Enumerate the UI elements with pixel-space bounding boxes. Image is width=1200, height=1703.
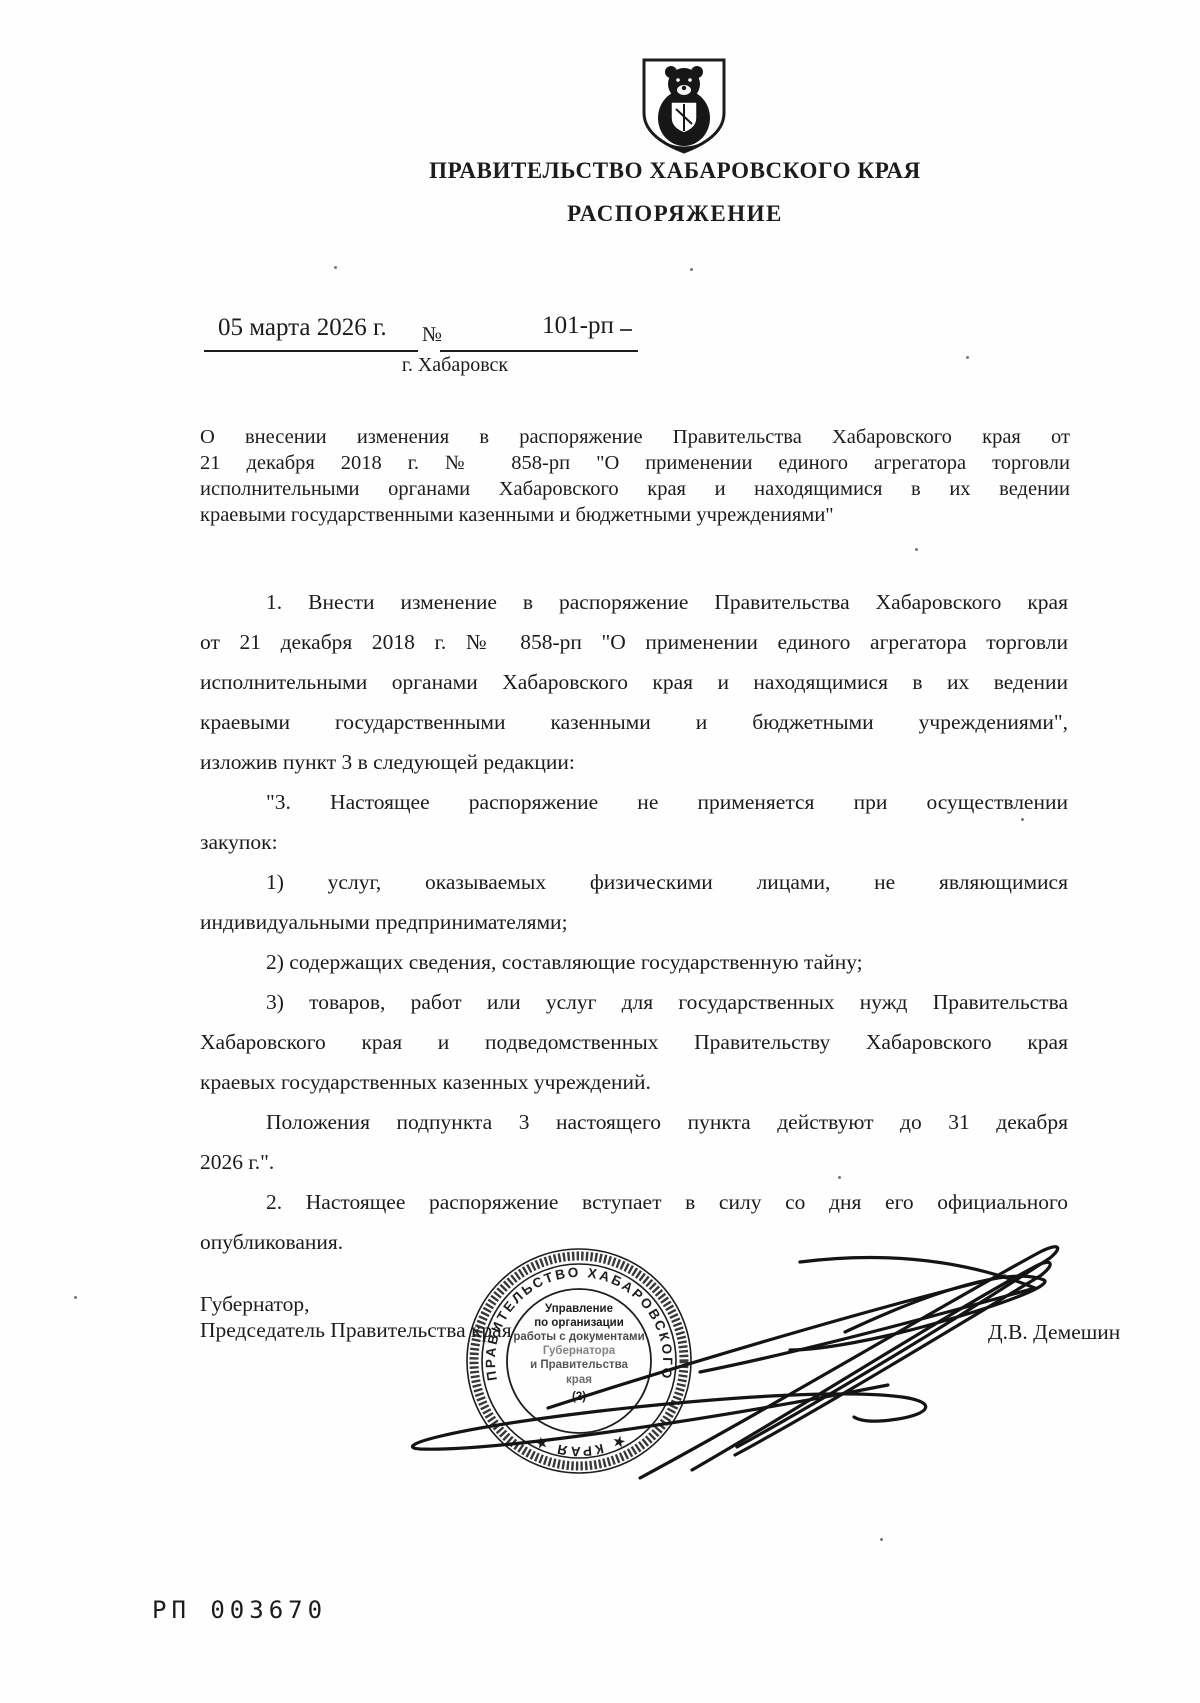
doc-number: 101-рп xyxy=(478,312,678,340)
text-line: исполнительными органами Хабаровского кр… xyxy=(200,662,1068,702)
scan-speck xyxy=(915,548,918,551)
text-line: от 21 декабря 2018 г. № 858-рп "О примен… xyxy=(200,622,1068,662)
number-sign: № xyxy=(422,322,442,347)
text-line: индивидуальными предпринимателями; xyxy=(200,902,1068,942)
doc-date: 05 марта 2026 г. xyxy=(218,314,387,342)
text-line: изложив пункт 3 в следующей редакции: xyxy=(200,742,1068,782)
text-line: краевыми государственными казенными и бю… xyxy=(200,702,1068,742)
text-line: "3. Настоящее распоряжение не применяетс… xyxy=(200,782,1068,822)
document-page: ПРАВИТЕЛЬСТВО ХАБАРОВСКОГО КРАЯ РАСПОРЯЖ… xyxy=(0,0,1200,1703)
doc-city: г. Хабаровск xyxy=(340,354,570,377)
signature-autograph xyxy=(380,1150,1100,1490)
text-line: Положения подпункта 3 настоящего пункта … xyxy=(200,1102,1068,1142)
doc-type-title: РАСПОРЯЖЕНИЕ xyxy=(165,201,1185,227)
scan-speck xyxy=(690,268,693,271)
text-line: закупок: xyxy=(200,822,1068,862)
text-line: 2) содержащих сведения, составляющие гос… xyxy=(200,942,1068,982)
scan-speck xyxy=(74,1296,77,1299)
subject: О внесении изменения в распоряжение Прав… xyxy=(200,424,1070,528)
text-line: исполнительными органами Хабаровского кр… xyxy=(200,476,1070,502)
scan-speck xyxy=(1021,818,1024,821)
org-name: ПРАВИТЕЛЬСТВО ХАБАРОВСКОГО КРАЯ xyxy=(165,158,1185,184)
coat-of-arms-icon xyxy=(638,56,730,156)
text-line: краевых государственных казенных учрежде… xyxy=(200,1062,1068,1102)
number-underline xyxy=(440,350,638,352)
text-line: О внесении изменения в распоряжение Прав… xyxy=(200,424,1070,450)
text-line: 1. Внести изменение в распоряжение Прави… xyxy=(200,582,1068,622)
text-line: Хабаровского края и подведомственных Пра… xyxy=(200,1022,1068,1062)
registration-code: РП 003670 xyxy=(152,1596,327,1624)
scan-speck xyxy=(838,1176,841,1179)
date-underline xyxy=(204,350,418,352)
scan-speck xyxy=(334,266,337,269)
text-line: 21 декабря 2018 г. № 858-рп "О применени… xyxy=(200,450,1070,476)
scan-speck xyxy=(966,356,969,359)
text-line: краевыми государственными казенными и бю… xyxy=(200,502,1070,528)
scan-speck xyxy=(880,1538,883,1541)
text-line: 3) товаров, работ или услуг для государс… xyxy=(200,982,1068,1022)
scan-dash-artifact xyxy=(620,329,632,331)
text-line: 1) услуг, оказываемых физическими лицами… xyxy=(200,862,1068,902)
